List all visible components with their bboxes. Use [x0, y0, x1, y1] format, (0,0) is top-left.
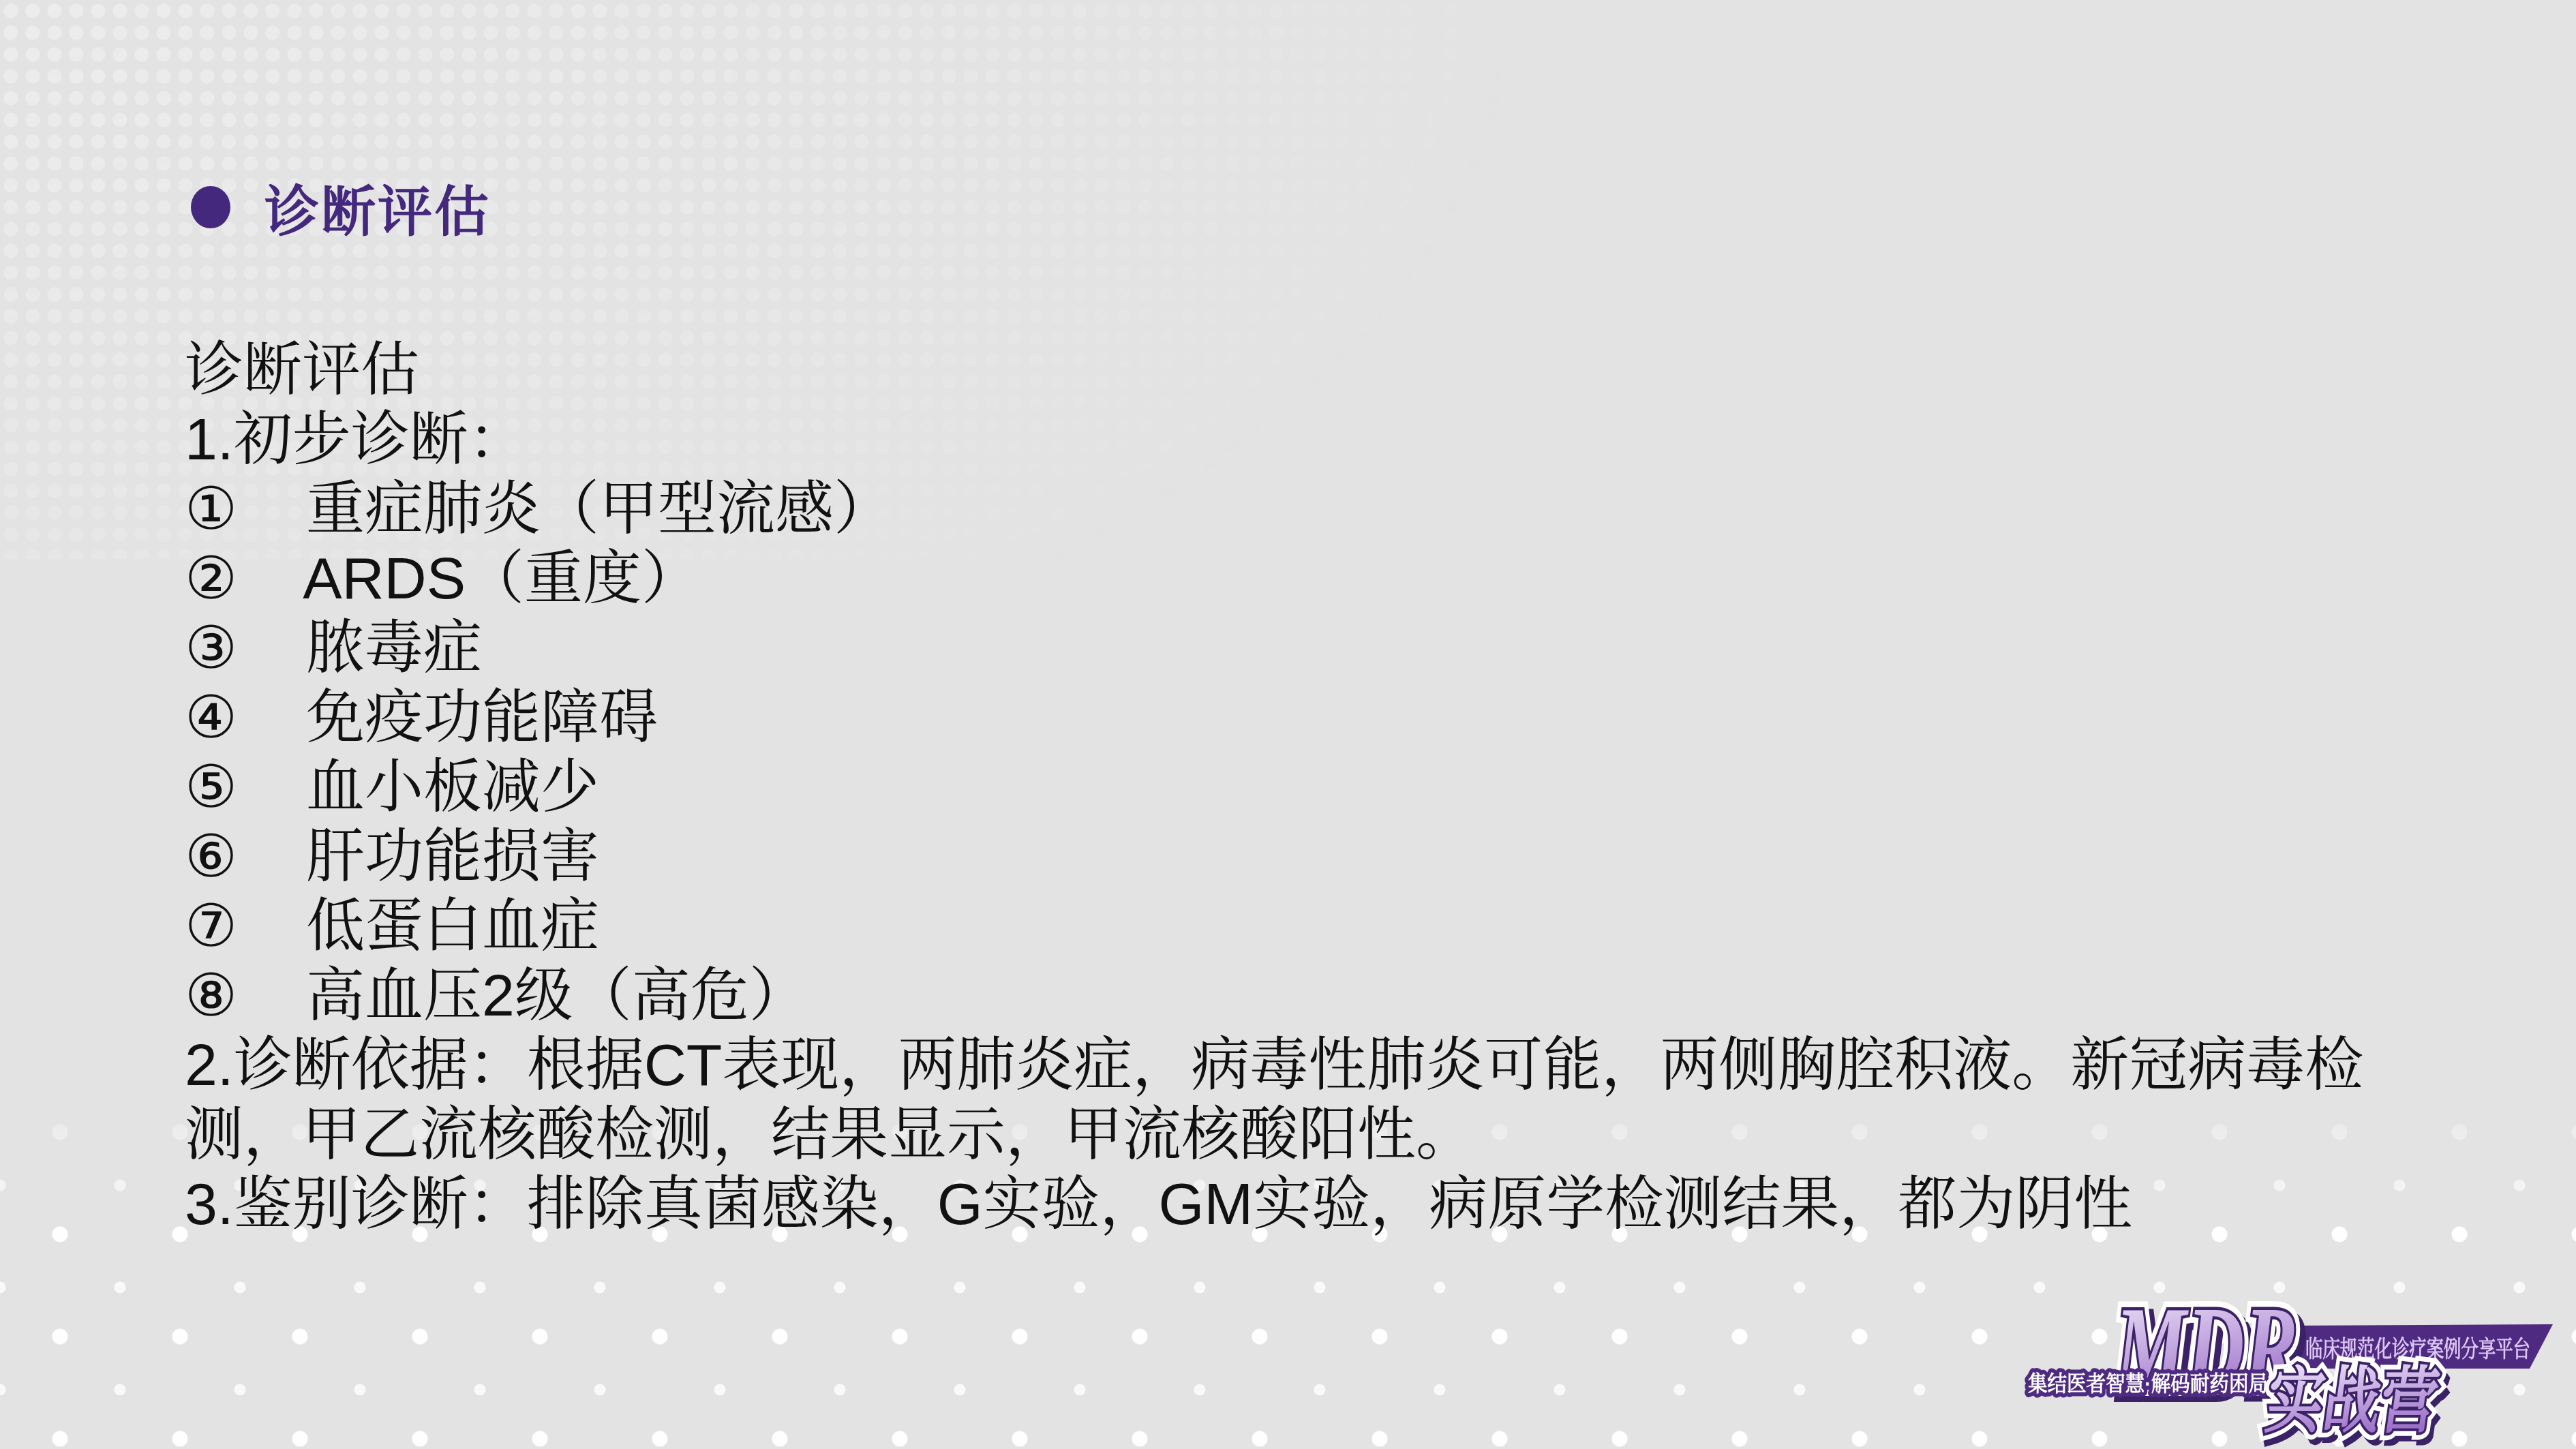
body-line: ① 重症肺炎（甲型流感）: [185, 474, 2455, 544]
line-text: 重症肺炎（甲型流感）: [306, 476, 892, 542]
line-marker: ⑥: [185, 822, 290, 891]
logo-brand-sub: 实战营 实战营 实战营: [2261, 1360, 2449, 1447]
body-line: ② ARDS（重度）: [185, 544, 2455, 613]
body-line: 3.鉴别诊断：排除真菌感染，G实验，GM实验，病原学检测结果，都为阴性: [185, 1170, 2455, 1239]
line-marker: ②: [185, 544, 290, 613]
line-marker: ⑧: [185, 961, 290, 1031]
body-line: ⑦ 低蛋白血症: [185, 891, 2455, 961]
title-row: 诊断评估: [191, 168, 491, 246]
body-line: ⑤ 血小板减少: [185, 752, 2455, 822]
line-marker: ⑦: [185, 891, 290, 961]
logo-slogan: 集结医者智慧·解码耐药困局: [2028, 1371, 2268, 1396]
line-marker: ⑤: [185, 752, 290, 822]
line-text: 3.鉴别诊断：排除真菌感染，G实验，GM实验，病原学检测结果，都为阴性: [185, 1172, 2132, 1237]
line-text: 血小板减少: [306, 754, 599, 820]
line-text: 高血压2级（高危）: [306, 963, 808, 1028]
line-text: 诊断评估: [185, 337, 419, 403]
line-text: 2.诊断依据：根据CT表现，两肺炎症，病毒性肺炎可能，两侧胸腔积液。新冠病毒检测…: [185, 1033, 2363, 1168]
body-line: ③ 脓毒症: [185, 613, 2455, 683]
body-line: 1.初步诊断：: [185, 405, 2455, 474]
line-marker: ③: [185, 613, 290, 683]
body-line: 诊断评估: [185, 335, 2455, 405]
body-text: 诊断评估 1.初步诊断： ① 重症肺炎（甲型流感） ② ARDS（重度） ③ 脓…: [185, 335, 2455, 1239]
title-bullet-icon: [191, 186, 230, 228]
body-line: ⑥ 肝功能损害: [185, 822, 2455, 891]
line-text: ARDS（重度）: [303, 546, 700, 611]
line-text: 免疫功能障碍: [306, 685, 658, 750]
line-marker: ①: [185, 474, 290, 544]
page-title: 诊断评估: [264, 168, 491, 246]
logo-tagline: 临床规范化诊疗案例分享平台: [2305, 1336, 2530, 1362]
svg-text:实战营: 实战营: [2262, 1360, 2444, 1441]
line-text: 低蛋白血症: [306, 894, 599, 959]
mdr-logo: 临床规范化诊疗案例分享平台 MDR MDR MDR 集结医者智慧·解码耐药困局 …: [2003, 1261, 2576, 1449]
slide: { "slide": { "colors": { "background": "…: [0, 0, 2576, 1449]
body-line: ④ 免疫功能障碍: [185, 683, 2455, 752]
line-marker: ④: [185, 683, 290, 752]
line-text: 肝功能损害: [306, 824, 599, 889]
line-text: 1.初步诊断：: [185, 407, 527, 472]
body-line: ⑧ 高血压2级（高危）: [185, 961, 2455, 1031]
body-line: 2.诊断依据：根据CT表现，两肺炎症，病毒性肺炎可能，两侧胸腔积液。新冠病毒检测…: [185, 1031, 2455, 1170]
line-text: 脓毒症: [306, 615, 482, 681]
